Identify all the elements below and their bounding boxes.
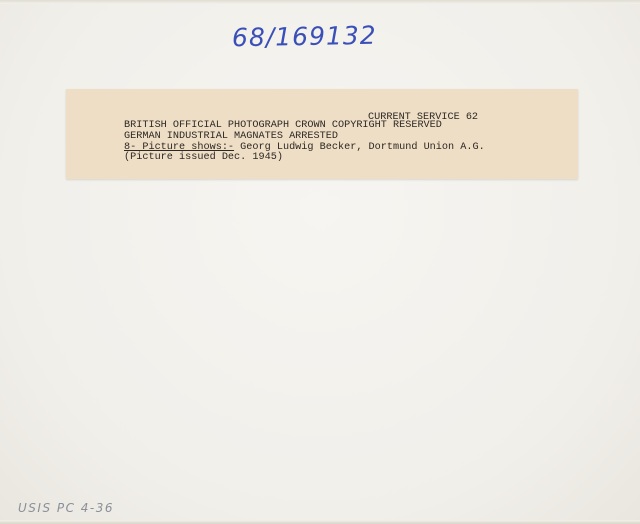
handwritten-catalog-number: 68/169132 xyxy=(232,21,377,53)
copyright-line: BRITISH OFFICIAL PHOTOGRAPH CROWN COPYRI… xyxy=(124,120,442,131)
paper-top-edge xyxy=(0,0,640,4)
issue-date-line: (Picture issued Dec. 1945) xyxy=(124,152,283,163)
photo-back-paper: 68/169132 CURRENT SERVICE 62 BRITISH OFF… xyxy=(0,0,640,524)
paper-bottom-edge xyxy=(0,520,640,524)
headline-line: GERMAN INDUSTRIAL MAGNATES ARRESTED xyxy=(124,131,338,142)
handwritten-reference: USIS PC 4-36 xyxy=(18,501,114,515)
typed-caption-label: CURRENT SERVICE 62 BRITISH OFFICIAL PHOT… xyxy=(66,89,578,179)
